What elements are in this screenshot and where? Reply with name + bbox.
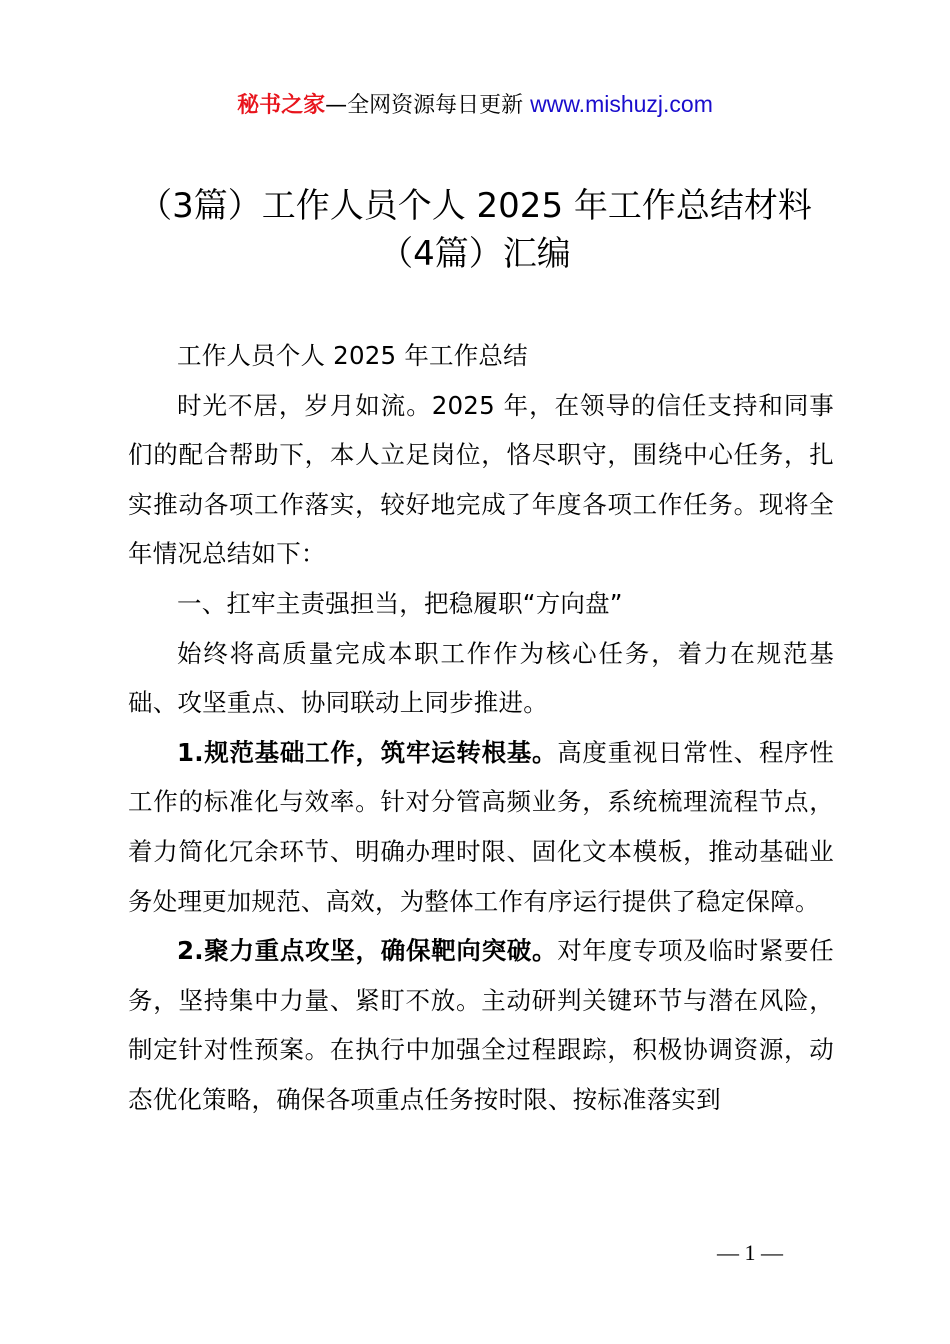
banner-tagline: —全网资源每日更新: [325, 93, 523, 118]
item-1-paragraph: 1.规范基础工作，筑牢运转根基。高度重视日常性、程序性工作的标准化与效率。针对分…: [128, 728, 834, 926]
title-line-1: （3篇）工作人员个人 2025 年工作总结材料: [100, 182, 850, 230]
intro-paragraph: 时光不居，岁月如流。2025 年，在领导的信任支持和同事们的配合帮助下，本人立足…: [128, 381, 834, 579]
section-subtitle: 工作人员个人 2025 年工作总结: [128, 331, 834, 381]
site-url-link[interactable]: www.mishuzj.com: [530, 91, 713, 117]
item-2-heading: 2.聚力重点攻坚，确保靶向突破。: [177, 936, 557, 965]
site-banner: 秘书之家—全网资源每日更新 www.mishuzj.com: [0, 88, 950, 122]
page-number: — 1 —: [700, 1240, 800, 1266]
section-1-heading: 一、扛牢主责强担当，把稳履职“方向盘”: [128, 579, 834, 629]
section-1-intro: 始终将高质量完成本职工作作为核心任务，着力在规范基础、攻坚重点、协同联动上同步推…: [128, 629, 834, 728]
item-1-heading: 1.规范基础工作，筑牢运转根基。: [177, 738, 557, 767]
title-line-2: （4篇）汇编: [100, 230, 850, 278]
document-title: （3篇）工作人员个人 2025 年工作总结材料 （4篇）汇编: [100, 182, 850, 278]
item-2-paragraph: 2.聚力重点攻坚，确保靶向突破。对年度专项及临时紧要任务，坚持集中力量、紧盯不放…: [128, 926, 834, 1124]
brand-name: 秘书之家: [237, 93, 325, 118]
document-body: 工作人员个人 2025 年工作总结 时光不居，岁月如流。2025 年，在领导的信…: [128, 331, 834, 1125]
